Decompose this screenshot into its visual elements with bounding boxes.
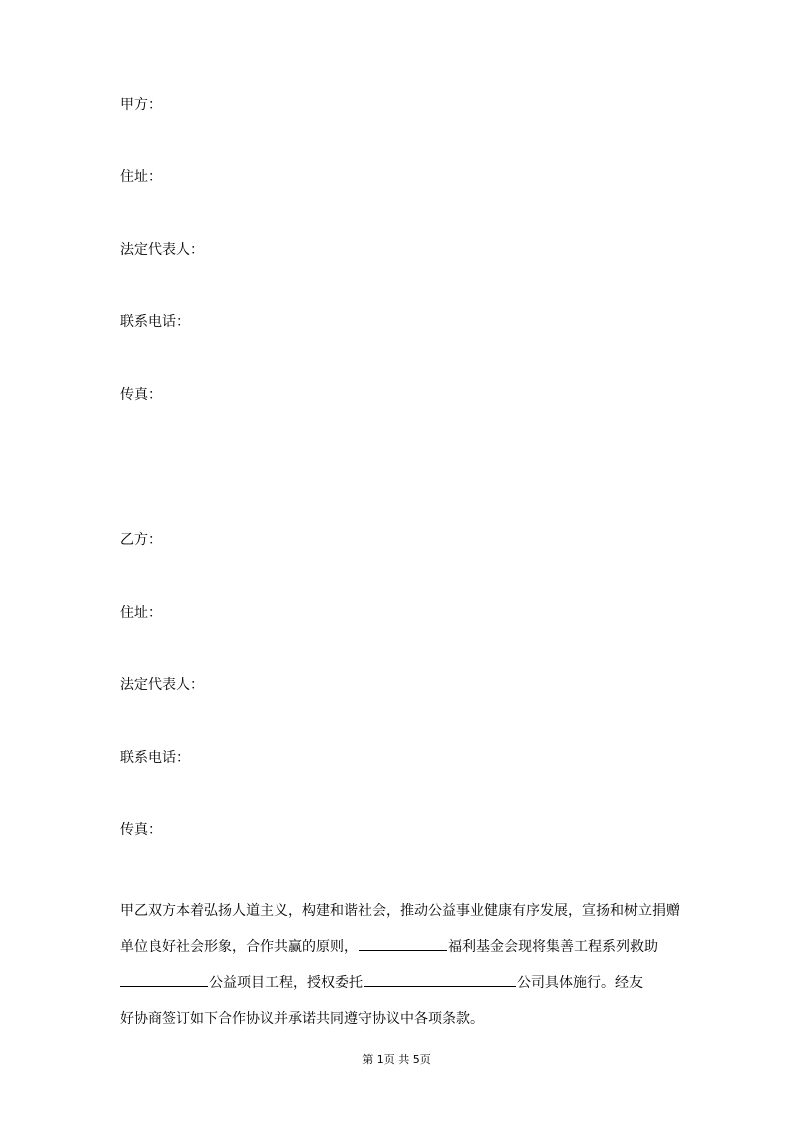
- paragraph-line-3-middle: 公益项目工程，授权委托: [209, 975, 363, 991]
- party-a-label: 甲方：: [120, 96, 162, 114]
- page-number-footer: 第 1页 共 5页: [0, 1053, 793, 1067]
- paragraph-line-3: 公益项目工程，授权委托公司具体施行。经友: [120, 965, 690, 1001]
- paragraph-line-2-end: 福利基金会现将集善工程系列救助: [448, 939, 658, 955]
- paragraph-line-1: 甲乙双方本着弘扬人道主义，构建和谐社会，推动公益事业健康有序发展，宣扬和树立捐赠: [120, 893, 690, 929]
- party-b-label: 乙方：: [120, 531, 162, 549]
- company-name-blank: [364, 972, 516, 987]
- foundation-name-blank: [359, 936, 447, 951]
- party-b-legal-rep-label: 法定代表人：: [120, 676, 204, 694]
- document-page: 甲方： 住址： 法定代表人： 联系电话： 传真： 乙方： 住址： 法定代表人： …: [0, 0, 793, 1122]
- party-b-address-label: 住址：: [120, 604, 162, 622]
- paragraph-line-4: 好协商签订如下合作协议并承诺共同遵守协议中各项条款。: [120, 1001, 690, 1037]
- party-b-phone-label: 联系电话：: [120, 749, 190, 767]
- project-name-blank: [120, 972, 208, 987]
- agreement-paragraph: 甲乙双方本着弘扬人道主义，构建和谐社会，推动公益事业健康有序发展，宣扬和树立捐赠…: [120, 893, 690, 1037]
- paragraph-line-3-end: 公司具体施行。经友: [517, 975, 643, 991]
- paragraph-line-2-start: 单位良好社会形象，合作共赢的原则，: [120, 939, 358, 955]
- paragraph-line-2: 单位良好社会形象，合作共赢的原则，福利基金会现将集善工程系列救助: [120, 929, 690, 965]
- party-a-address-label: 住址：: [120, 168, 162, 186]
- party-a-legal-rep-label: 法定代表人：: [120, 241, 204, 259]
- party-a-fax-label: 传真：: [120, 386, 162, 404]
- party-a-phone-label: 联系电话：: [120, 313, 190, 331]
- party-b-fax-label: 传真：: [120, 821, 162, 839]
